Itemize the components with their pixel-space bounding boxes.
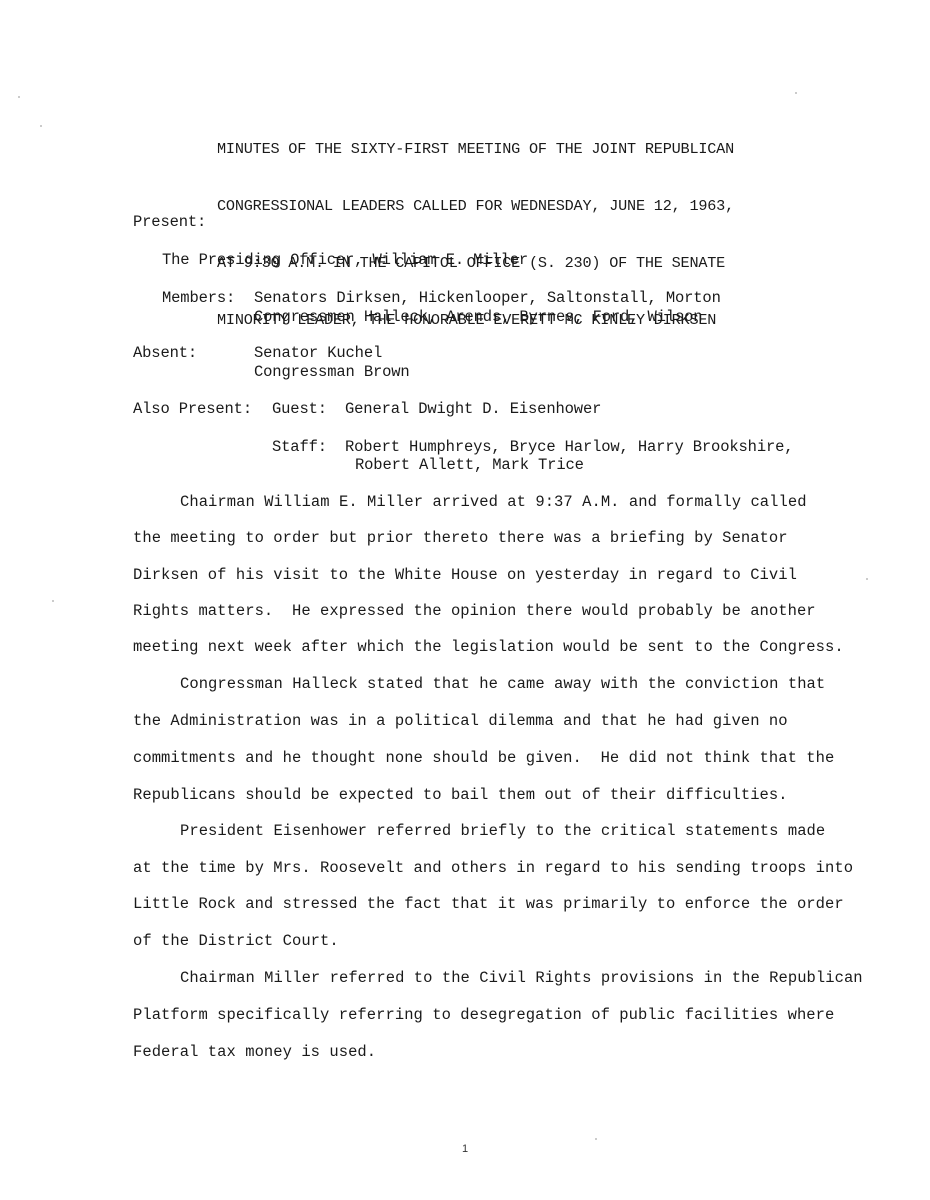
absent-congressman: Congressman Brown [254,363,410,381]
paragraph-line: Rights matters. He expressed the opinion… [133,602,816,620]
paragraph-line: the Administration was in a political di… [133,712,788,730]
paragraph-line: Chairman William E. Miller arrived at 9:… [180,493,807,511]
paragraph-line: President Eisenhower referred briefly to… [180,822,825,840]
scan-speck [595,1138,597,1140]
paragraph-line: Chairman Miller referred to the Civil Ri… [180,969,863,987]
staff-label: Staff: [272,438,327,456]
scan-speck [866,578,868,580]
members-label: Members: [162,289,235,307]
document-title: MINUTES OF THE SIXTY-FIRST MEETING OF TH… [217,102,734,368]
present-label: Present: [133,213,206,231]
guest-name: General Dwight D. Eisenhower [345,400,601,418]
paragraph-line: commitments and he thought none should b… [133,749,834,767]
staff-line: Robert Allett, Mark Trice [355,456,584,474]
page-number: 1 [462,1143,468,1155]
scan-speck [40,125,42,127]
title-line: CONGRESSIONAL LEADERS CALLED FOR WEDNESD… [217,197,734,216]
staff-line: Robert Humphreys, Bryce Harlow, Harry Br… [345,438,793,456]
paragraph-line: Little Rock and stressed the fact that i… [133,895,844,913]
scan-speck [795,92,797,94]
paragraph-line: Federal tax money is used. [133,1043,376,1061]
guest-label: Guest: [272,400,327,418]
paragraph-line: the meeting to order but prior thereto t… [133,529,788,547]
paragraph-line: of the District Court. [133,932,339,950]
document-page: MINUTES OF THE SIXTY-FIRST MEETING OF TH… [0,0,930,1200]
scan-speck [18,96,20,98]
paragraph-line: at the time by Mrs. Roosevelt and others… [133,859,853,877]
presiding-officer: The Presiding Officer, William E. Miller [162,251,528,269]
paragraph-line: Republicans should be expected to bail t… [133,786,788,804]
paragraph-line: Platform specifically referring to deseg… [133,1006,834,1024]
scan-speck [52,600,54,602]
absent-label: Absent: [133,344,197,362]
paragraph-line: Dirksen of his visit to the White House … [133,566,797,584]
also-present-label: Also Present: [133,400,252,418]
members-congressmen: Congressmen Halleck, Arends, Byrnes, For… [254,308,702,326]
paragraph-line: meeting next week after which the legisl… [133,638,844,656]
members-senators: Senators Dirksen, Hickenlooper, Saltonst… [254,289,721,307]
title-line: MINUTES OF THE SIXTY-FIRST MEETING OF TH… [217,140,734,159]
absent-senator: Senator Kuchel [254,344,382,362]
paragraph-line: Congressman Halleck stated that he came … [180,675,825,693]
